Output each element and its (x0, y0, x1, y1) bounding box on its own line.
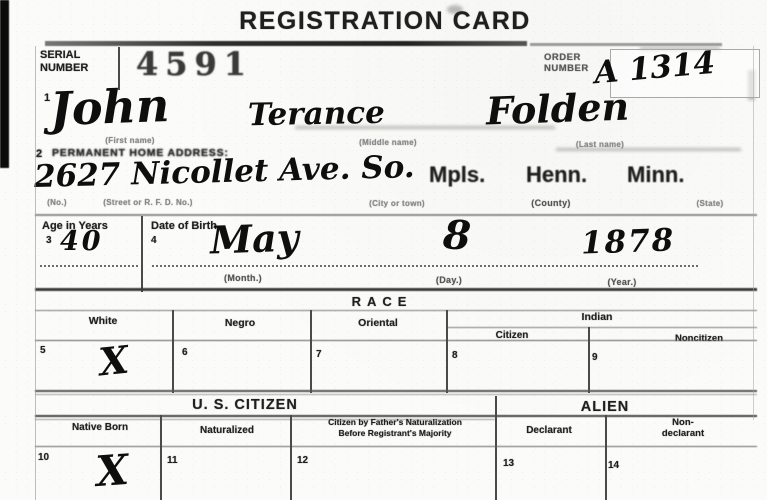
name-middle-value: Terance (248, 95, 385, 133)
native-born-label: Native Born (72, 422, 128, 433)
race-column-divider (172, 310, 174, 393)
citizen-cell-11-number: 11 (167, 455, 178, 466)
card-title: REGISTRATION CARD (239, 7, 531, 36)
registration-card: REGISTRATION CARD SERIAL NUMBER 4591 ORD… (0, 0, 767, 500)
citizen-cell-10-number: 10 (38, 452, 49, 463)
race-cell-8-number: 8 (452, 350, 458, 361)
middle-name-caption: (Middle name) (359, 138, 417, 147)
day-caption: (Day.) (436, 275, 462, 285)
scan-edge-artifact (0, 0, 9, 168)
card-right-border (753, 46, 754, 420)
race-header-bottomline (35, 340, 757, 341)
title-underline-segment (530, 43, 722, 46)
address-county-caption: (County) (531, 198, 570, 208)
birth-line-number: 4 (151, 235, 157, 246)
citizen-cell-14-number: 14 (608, 460, 619, 471)
race-col-white-label: White (89, 315, 118, 327)
race-header-topline (35, 310, 757, 311)
address-street-caption: (Street or R. F. D. No.) (103, 198, 192, 207)
address-state-caption: (State) (697, 199, 724, 208)
row-divider (35, 214, 757, 216)
address-no-caption: (No.) (47, 198, 67, 207)
race-cell-5-number: 5 (40, 345, 46, 356)
order-number-label: ORDER NUMBER (544, 52, 589, 74)
name-first-value: John (49, 78, 170, 136)
address-city-value: Mpls. (429, 162, 485, 188)
race-column-divider (588, 327, 590, 393)
serial-number-value: 4591 (136, 45, 253, 83)
race-cell-7-number: 7 (316, 349, 322, 360)
race-col-negro-label: Negro (225, 317, 255, 329)
age-value: 40 (60, 226, 104, 257)
birth-day-value: 8 (442, 211, 472, 259)
citizen-column-divider (605, 415, 607, 500)
dotted-rule (152, 265, 698, 267)
card-left-border (35, 46, 36, 500)
citizen-column-divider (160, 415, 162, 500)
us-citizen-header: U. S. CITIZEN (192, 397, 298, 413)
month-caption: (Month.) (224, 273, 262, 283)
name-last-value: Folden (485, 84, 630, 134)
title-underline (45, 41, 527, 46)
declarant-label: Declarant (526, 425, 572, 436)
birth-year-value: 1878 (580, 222, 675, 261)
last-name-caption: (Last name) (576, 140, 624, 149)
citizen-subheader-line (35, 446, 757, 447)
naturalized-label: Naturalized (200, 425, 254, 436)
date-of-birth-label: Date of Birth (151, 220, 217, 232)
section-divider (35, 288, 757, 291)
birth-month-value: May (209, 214, 299, 262)
age-line-number: 3 (46, 235, 52, 246)
address-county-value: Henn. (526, 162, 587, 188)
citizen-cell-13-number: 13 (503, 458, 514, 469)
race-cell-6-number: 6 (182, 347, 188, 358)
native-born-mark: X (94, 445, 130, 496)
race-white-mark: X (97, 337, 131, 385)
race-column-divider (446, 310, 448, 393)
race-bottomline-echo (35, 394, 757, 395)
citizen-alien-divider (495, 396, 497, 500)
citizen-column-divider (290, 415, 292, 500)
indian-underline (447, 327, 757, 328)
age-dob-divider (141, 216, 143, 292)
race-col-oriental-label: Oriental (358, 317, 398, 329)
alien-header: ALIEN (581, 399, 630, 415)
year-caption: (Year.) (607, 277, 636, 287)
dotted-rule (40, 265, 138, 267)
father-naturalization-label: Citizen by Father's Naturalization Befor… (328, 417, 462, 438)
address-state-value: Minn. (627, 162, 684, 188)
citizen-cell-12-number: 12 (297, 455, 308, 466)
race-group-indian-label: Indian (582, 311, 613, 323)
race-section-header: RACE (352, 294, 413, 309)
non-declarant-label: Non- declarant (662, 417, 704, 439)
serial-number-label: SERIAL NUMBER (40, 49, 88, 75)
first-name-caption: (First name) (105, 136, 154, 145)
race-column-divider (310, 310, 312, 393)
race-col-noncitizen-label: Noncitizen (675, 333, 723, 344)
address-city-caption: (City or town) (369, 199, 425, 208)
race-bottomline (35, 390, 757, 392)
race-cell-9-number: 9 (592, 352, 598, 363)
